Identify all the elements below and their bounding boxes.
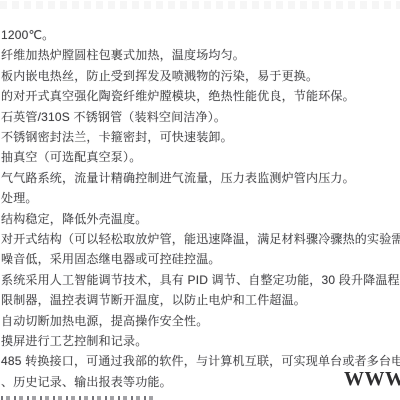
text-line: 的对开式真空强化陶瓷纤维炉膛模块，绝热性能优良，节能环保。: [1, 88, 355, 104]
text-line: 485 转换接口，可通过我部的软件，与计算机互联，可实现单台或者多台电炉: [1, 353, 400, 369]
text-line: 对开式结构（可以轻松取放炉管，能迅速降温，满足材料骤冷骤热的实验需要: [1, 231, 400, 247]
text-line: 摸屏进行工艺控制和记录。: [1, 333, 147, 349]
text-line: 气气路系统，流量计精确控制进气流量，压力表监测炉管内压力。: [1, 170, 355, 186]
text-line: 限制器，温控表调节断开温度，以防止电炉和工件超温。: [1, 292, 306, 308]
text-line: 板内嵌电热丝，防止受到挥发及喷溅物的污染，易于更换。: [1, 68, 318, 84]
text-line: 不锈钢密封法兰，卡箍密封，可快速装卸。: [1, 129, 233, 145]
text-line: 石英管/310S 不锈钢管（装料空间洁净）。: [1, 109, 226, 125]
site-watermark: WWW.: [344, 368, 400, 391]
text-line: 系统采用人工智能调节技术，具有 PID 调节、自整定功能，30 段升降温程序: [1, 272, 400, 288]
document-text: 1200℃。纤维加热炉膛圆柱包裹式加热，温度场均匀。板内嵌电热丝，防止受到挥发及…: [0, 0, 400, 400]
text-line: 、历史记录、输出报表等功能。: [1, 374, 172, 390]
text-line: 自动切断加热电源，提高操作安全性。: [1, 313, 208, 329]
text-line: 1200℃。: [1, 27, 54, 43]
clipped-bottom-text-row: [1, 396, 153, 400]
text-line: 噪音低，采用固态继电器或可控硅控温。: [1, 251, 221, 267]
text-line: 结构稳定，降低外壳温度。: [1, 211, 147, 227]
text-line: 处理。: [1, 190, 38, 206]
text-line: 纤维加热炉膛圆柱包裹式加热，温度场均匀。: [1, 47, 245, 63]
text-line: 抽真空（可选配真空泵）。: [1, 149, 141, 165]
